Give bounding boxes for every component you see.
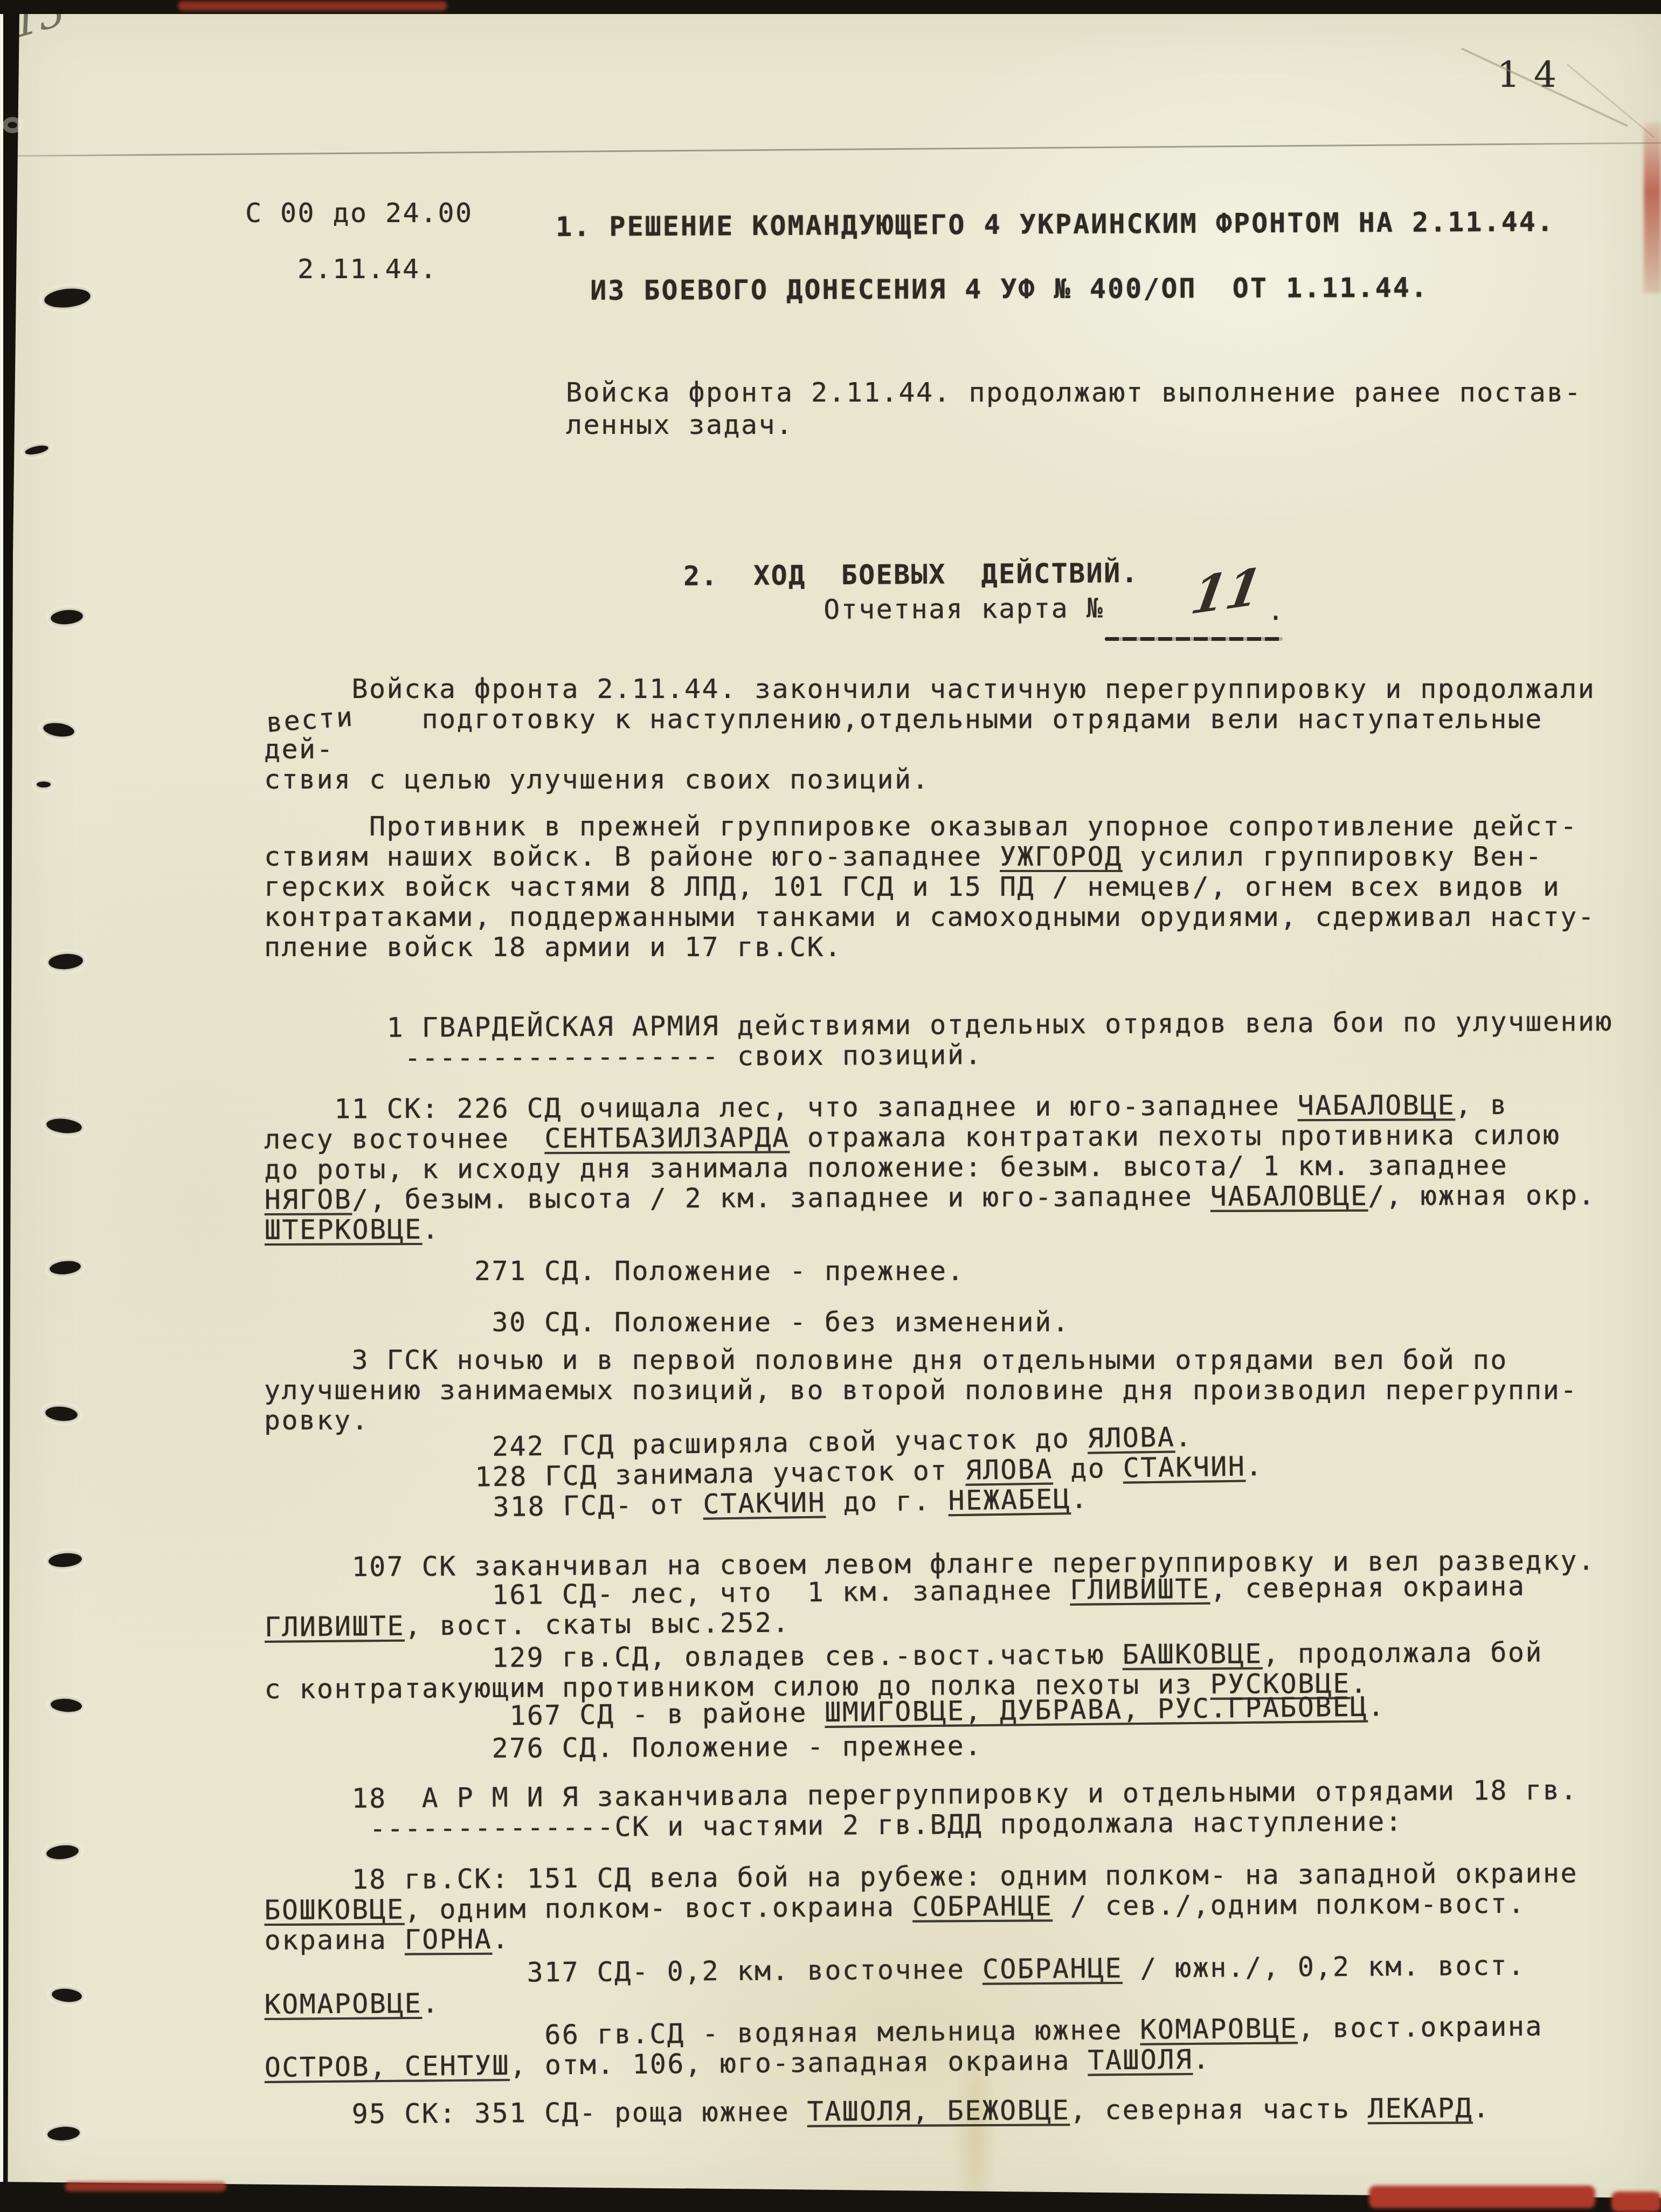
paragraph: Противник в прежней группировке оказывал… [264,811,1622,962]
red-edge-stain [1611,2192,1661,2212]
paragraph: 276 СД. Положение - прежнее. [264,1727,1622,1765]
paragraph: 18 гв.СК: 151 СД вела бой на рубеже: одн… [264,1858,1623,1955]
tear-mark [50,1698,82,1713]
tear-mark [37,782,51,787]
subtitle-period: . [1268,595,1285,626]
section-2-subtitle: Отчетная карта № [823,592,1104,625]
handwritten-map-number: 11 [1187,556,1266,626]
paragraph: Войска фронта 2.11.44. закончили частичн… [264,674,1622,794]
tear-mark [43,287,91,310]
paragraph: 161 СД- лес, что 1 км. западнее ГЛИВИШТЕ… [264,1570,1623,1642]
tear-mark [47,2126,80,2141]
intro-paragraph: Войска фронта 2.11.44. продолжают выполн… [566,376,1617,441]
scanned-military-report-page: 13 14 С 00 до 24.00 2.11.44. 1. РЕШЕНИЕ … [0,0,1661,2212]
crease-line [1567,64,1655,137]
red-edge-stain [178,1,447,11]
paragraph: 11 СК: 226 СД очищала лес, что западнее … [264,1089,1623,1245]
fold-line [0,142,1661,157]
section-2-title: 2. ХОД БОЕВЫХ ДЕЙСТВИЙ. [683,557,1139,592]
scan-left-edge-shadow [3,13,19,2184]
paragraph: 95 СК: 351 СД- роща южнее ТАШОЛЯ, БЕЖОВЦ… [264,2092,1622,2130]
paragraph: 1 ГВАРДЕЙСКАЯ АРМИЯ действиями отдельных… [264,1006,1623,1074]
tear-mark [43,721,75,738]
tear-mark [45,1405,78,1422]
red-edge-stain [1644,123,1661,293]
paragraph: 242 ГСД расширяла свой участок до ЯЛОВА.… [264,1416,1623,1525]
tear-mark [46,1117,82,1135]
tear-mark [50,609,84,625]
map-number-underline [1105,637,1283,641]
paragraph: 18 А Р М И Я заканчивала перегруппировку… [264,1774,1623,1844]
report-time-range: С 00 до 24.00 [245,197,473,229]
tear-mark [48,953,84,970]
page-number: 14 [1497,54,1570,95]
tear-mark [24,444,49,457]
red-edge-stain [1369,2186,1595,2208]
paragraph: 66 гв.СД - водяная мельница южнее КОМАРО… [264,2010,1623,2083]
tear-mark [8,122,17,128]
headline-line-2: ИЗ БОЕВОГО ДОНЕСЕНИЯ 4 УФ № 400/ОП ОТ 1.… [590,272,1429,306]
tear-mark [46,1844,79,1861]
tear-mark [51,1988,82,2003]
tear-mark [49,1260,81,1276]
tear-mark [48,1552,82,1568]
headline-line-1: 1. РЕШЕНИЕ КОМАНДУЮЩЕГО 4 УКРАИНСКИМ ФРО… [556,206,1555,243]
paragraph: 317 СД- 0,2 км. восточнее СОБРАНЦЕ / южн… [264,1950,1623,2020]
red-edge-stain [65,2182,226,2192]
paragraph: 271 СД. Положение - прежнее. [264,1256,1622,1286]
paragraph: 30 СД. Положение - без изменений. [264,1307,1622,1337]
report-date: 2.11.44. [297,253,438,285]
